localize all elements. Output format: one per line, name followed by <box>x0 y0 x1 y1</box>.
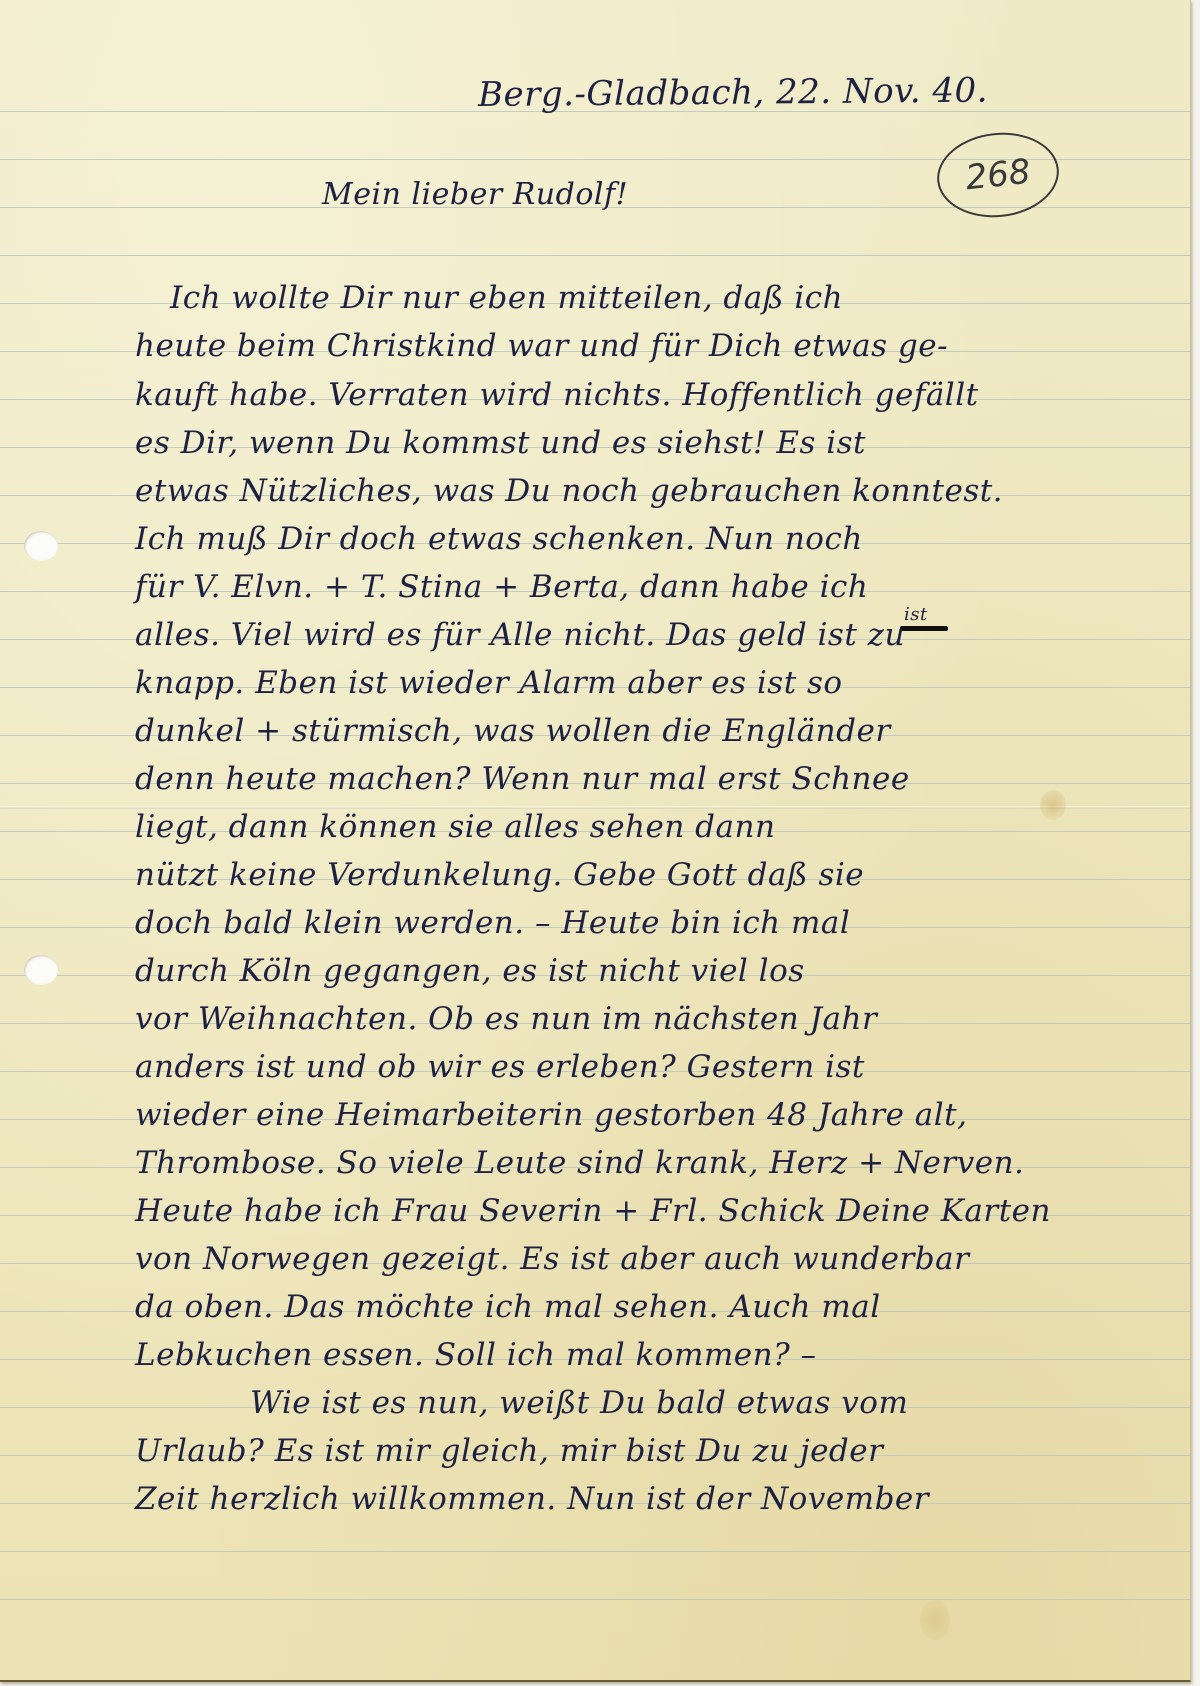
body-line: von Norwegen gezeigt. Es ist aber auch w… <box>135 1244 969 1275</box>
body-line: Wie ist es nun, weißt Du bald etwas vom <box>250 1388 908 1419</box>
body-line: Zeit herzlich willkommen. Nun ist der No… <box>135 1484 929 1515</box>
paper-stain <box>920 1600 950 1640</box>
body-line: denn heute machen? Wenn nur mal erst Sch… <box>135 764 910 795</box>
body-line: da oben. Das möchte ich mal sehen. Auch … <box>135 1292 881 1323</box>
letter-page: Berg.-Gladbach, 22. Nov. 40. 268 Mein li… <box>0 0 1191 1682</box>
body-line: dunkel + stürmisch, was wollen die Englä… <box>135 716 891 747</box>
body-line: Urlaub? Es ist mir gleich, mir bist Du z… <box>135 1436 883 1467</box>
body-line: Heute habe ich Frau Severin + Frl. Schic… <box>135 1196 1051 1227</box>
body-line: wieder eine Heimarbeiterin gestorben 48 … <box>135 1100 967 1131</box>
interlinear-insertion: ist <box>904 606 928 624</box>
place-date-line: Berg.-Gladbach, 22. Nov. 40. <box>478 74 988 112</box>
body-line: Ich muß Dir doch etwas schenken. Nun noc… <box>135 524 863 555</box>
salutation: Mein lieber Rudolf! <box>322 180 628 210</box>
ruled-line <box>0 1599 1190 1600</box>
body-line: vor Weihnachten. Ob es nun im nächsten J… <box>135 1004 877 1035</box>
ruled-line <box>0 1551 1190 1552</box>
body-line: Lebkuchen essen. Soll ich mal kommen? – <box>135 1340 817 1371</box>
body-line: etwas Nützliches, was Du noch gebrauchen… <box>135 476 1003 507</box>
body-line: doch bald klein werden. – Heute bin ich … <box>135 908 850 939</box>
body-line: knapp. Eben ist wieder Alarm aber es ist… <box>135 668 843 699</box>
body-line: Thrombose. So viele Leute sind krank, He… <box>135 1148 1024 1179</box>
ruled-line <box>0 255 1190 256</box>
punch-hole-bottom <box>24 955 58 985</box>
archive-number: 268 <box>935 129 1061 221</box>
body-line: nützt keine Verdunkelung. Gebe Gott daß … <box>135 860 864 891</box>
strikethrough-mark <box>900 626 948 631</box>
body-line: kauft habe. Verraten wird nichts. Hoffen… <box>135 380 979 411</box>
paper-stain <box>1040 790 1066 820</box>
body-line: heute beim Christkind war und für Dich e… <box>135 331 948 362</box>
body-line: durch Köln gegangen, es ist nicht viel l… <box>135 956 805 987</box>
archive-number-circle: 268 <box>933 127 1063 223</box>
body-line: liegt, dann können sie alles sehen dann <box>135 812 775 843</box>
body-line: alles. Viel wird es für Alle nicht. Das … <box>135 620 905 651</box>
body-line: für V. Elvn. + T. Stina + Berta, dann ha… <box>135 572 868 603</box>
body-line: anders ist und ob wir es erleben? Gester… <box>135 1052 865 1083</box>
body-line: es Dir, wenn Du kommst und es siehst! Es… <box>135 428 866 459</box>
punch-hole-top <box>24 531 58 561</box>
body-line: Ich wollte Dir nur eben mitteilen, daß i… <box>170 283 843 314</box>
